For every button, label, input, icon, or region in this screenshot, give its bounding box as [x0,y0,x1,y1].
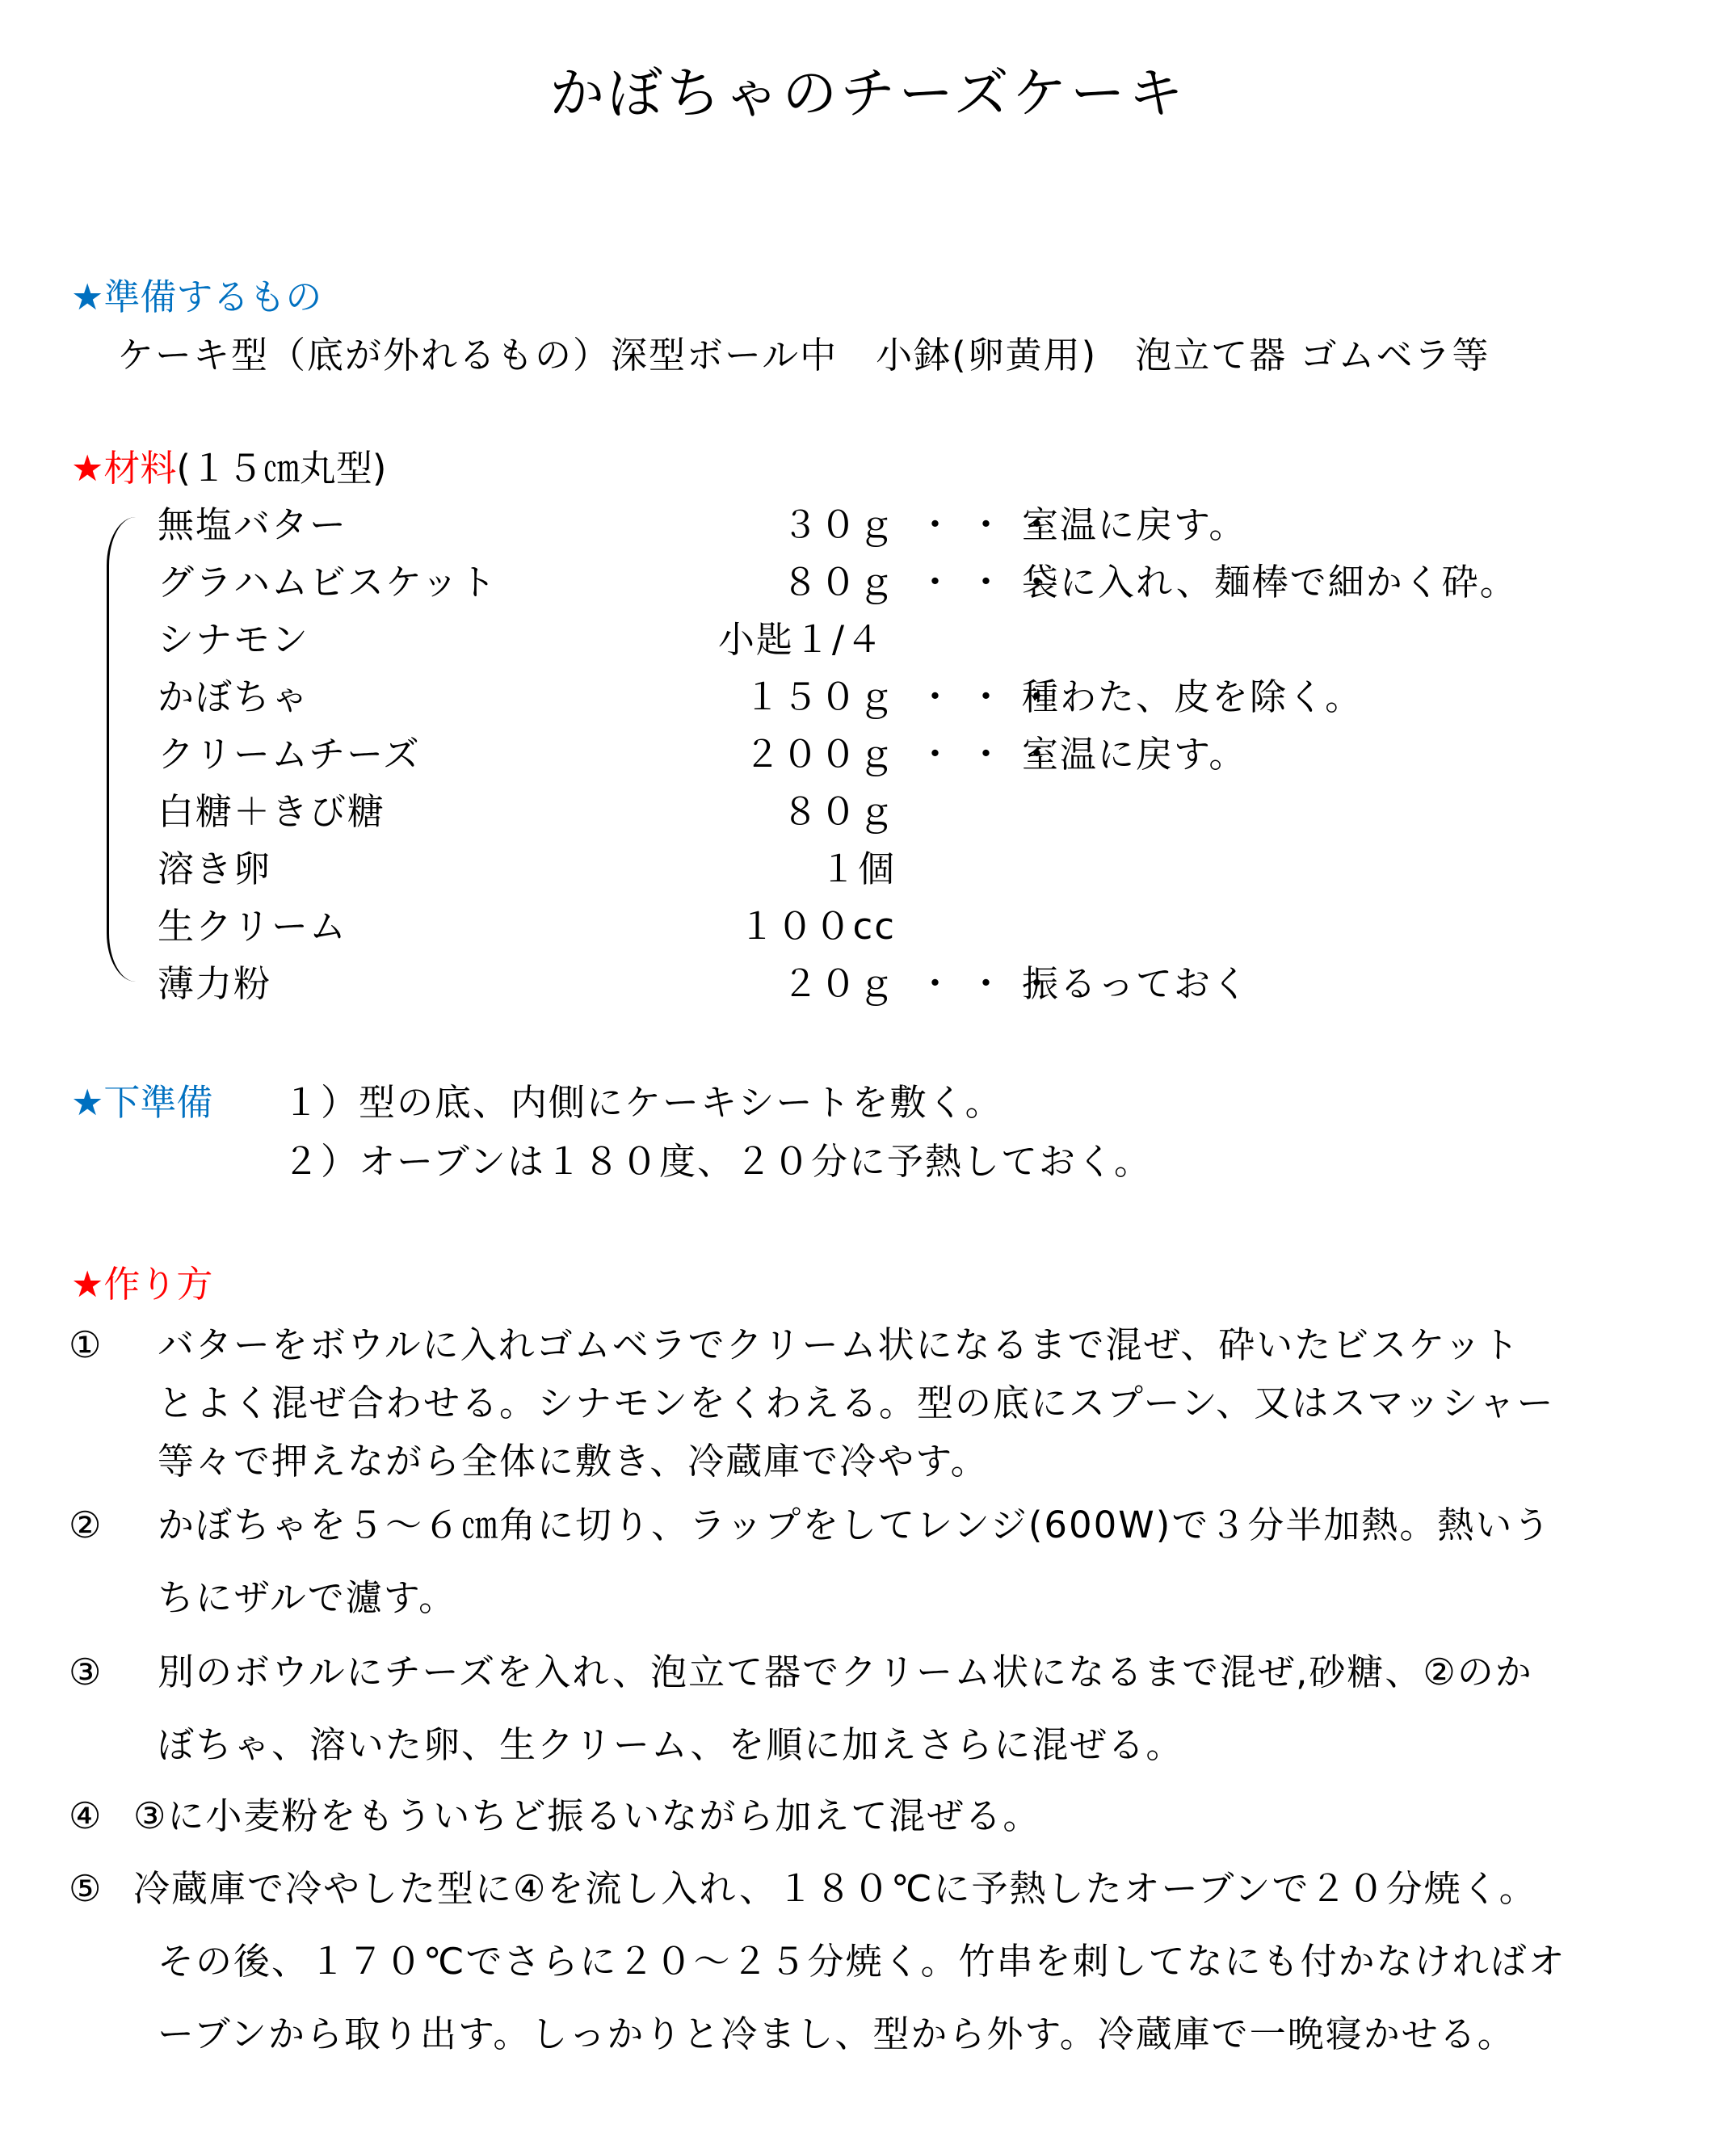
ingredient-amount: １００cc [739,902,896,951]
step-line: 別のボウルにチーズを入れ、泡立て器でクリーム状になるまで混ぜ,砂糖、②のか [158,1648,1533,1697]
ingredient-row: シナモン 小匙１/４ [0,616,1736,664]
step-number: ② [69,1501,103,1550]
ingredient-note: 室温に戻す。 [1022,501,1246,549]
prep-heading-label: 下準備 [103,1081,212,1124]
ingredient-note: 種わた、皮を除く。 [1022,673,1363,721]
ingredient-note: 振るっておく [1022,960,1250,1008]
page-title: かぼちゃのチーズケーキ [0,58,1736,131]
ingredient-name: グラハムビスケット [158,558,498,607]
step-line: その後、１７０℃でさらに２０～２５分焼く。竹串を刺してなにも付かなければオ [158,1937,1566,1986]
prep-item: ２）オーブンは１８０度、２０分に予熱しておく。 [283,1138,1152,1186]
step-number: ③ [69,1648,103,1697]
step-line: ぼちゃ、溶いた卵、生クリーム、を順に加えさらに混ぜる。 [158,1721,1183,1769]
star-icon: ★ [71,1263,103,1306]
method-step: ① バターをボウルに入れゴムベラでクリーム状になるまで混ぜ、砕いたビスケット と… [0,1321,1736,1507]
ingredient-row: 生クリーム １００cc [0,902,1736,951]
method-heading-label: 作り方 [103,1263,212,1306]
step-line: バターをボウルに入れゴムベラでクリーム状になるまで混ぜ、砕いたビスケット [158,1321,1520,1369]
pan-size-label: (１５㎝丸型) [176,447,386,490]
ingredient-name: かぼちゃ [158,673,309,721]
ingredient-amount: ２０ｇ [782,960,896,1008]
ingredient-row: 溶き卵 １個 [0,845,1736,894]
equipment-heading-label: 準備するもの [103,276,322,318]
step-number: ④ [69,1792,103,1840]
ingredient-note: 室温に戻す。 [1022,730,1246,779]
ingredient-amount: １個 [820,845,896,894]
ingredient-note: 袋に入れ、麺棒で細かく砕。 [1022,558,1518,607]
ingredient-row: クリームチーズ ２００ｇ ・・・ 室温に戻す。 [0,730,1736,779]
method-heading: ★作り方 [71,1260,212,1309]
ingredient-row: 無塩バター ３０ｇ ・・・ 室温に戻す。 [0,501,1736,549]
ingredient-name: 溶き卵 [158,845,271,894]
ingredient-amount: ３０ｇ [782,501,896,549]
step-number: ① [69,1321,103,1369]
prep-item: １）型の底、内側にケーキシートを敷く。 [283,1079,1003,1127]
ingredient-name: 薄力粉 [158,960,271,1008]
ingredient-amount: ２００ｇ [744,730,896,779]
ingredients-heading: ★材料(１５㎝丸型) [71,444,386,493]
method-step: ④ ③に小麦粉をもういちど振るいながら加えて混ぜる。 [0,1792,1736,1849]
ingredient-row: 白糖＋きび糖 ８０ｇ [0,788,1736,836]
ingredients-heading-label: 材料 [103,447,176,490]
ingredient-amount: １５０ｇ [744,673,896,721]
step-line: ちにザルで濾す。 [158,1574,456,1622]
ingredient-amount: ８０ｇ [782,558,896,607]
method-step: ⑤ 冷蔵庫で冷やした型に④を流し入れ、１８０℃に予熱したオーブンで２０分焼く。 … [0,1865,1736,2075]
ingredient-name: 無塩バター [158,501,347,549]
ingredient-row: 薄力粉 ２０ｇ ・・・ 振るっておく [0,960,1736,1008]
step-number: ⑤ [69,1865,103,1913]
step-line: かぼちゃを５～６㎝角に切り、ラップをしてレンジ(600W)で３分半加熱。熱いう [158,1501,1551,1550]
star-icon: ★ [71,447,103,490]
prep-heading: ★下準備 [71,1079,212,1127]
step-line: ーブンから取り出す。しっかりと冷まし、型から外す。冷蔵庫で一晩寝かせる。 [158,2010,1515,2059]
star-icon: ★ [71,276,103,318]
star-icon: ★ [71,1081,103,1124]
ingredient-name: シナモン [158,616,309,664]
ingredient-name: 生クリーム [158,902,347,951]
step-line: とよく混ぜ合わせる。シナモンをくわえる。型の底にスプーン、又はスマッシャー [158,1379,1555,1428]
ingredient-name: クリームチーズ [158,730,421,779]
step-line: 等々で押えながら全体に敷き、冷蔵庫で冷やす。 [158,1437,989,1486]
ingredient-row: かぼちゃ １５０ｇ ・・・ 種わた、皮を除く。 [0,673,1736,721]
step-line: ③に小麦粉をもういちど振るいながら加えて混ぜる。 [133,1792,1040,1840]
equipment-list: ケーキ型（底が外れるもの）深型ボール中 小鉢(卵黄用) 泡立て器 ゴムベラ等 [117,331,1490,380]
ingredient-row: グラハムビスケット ８０ｇ ・・・ 袋に入れ、麺棒で細かく砕。 [0,558,1736,607]
ingredient-name: 白糖＋きび糖 [158,788,385,836]
ingredient-amount: ８０ｇ [782,788,896,836]
step-line: 冷蔵庫で冷やした型に④を流し入れ、１８０℃に予熱したオーブンで２０分焼く。 [133,1865,1537,1913]
method-step: ② かぼちゃを５～６㎝角に切り、ラップをしてレンジ(600W)で３分半加熱。熱い… [0,1501,1736,1638]
equipment-heading: ★準備するもの [71,273,322,322]
ingredient-amount: 小匙１/４ [718,616,884,664]
method-step: ③ 別のボウルにチーズを入れ、泡立て器でクリーム状になるまで混ぜ,砂糖、②のか … [0,1648,1736,1786]
